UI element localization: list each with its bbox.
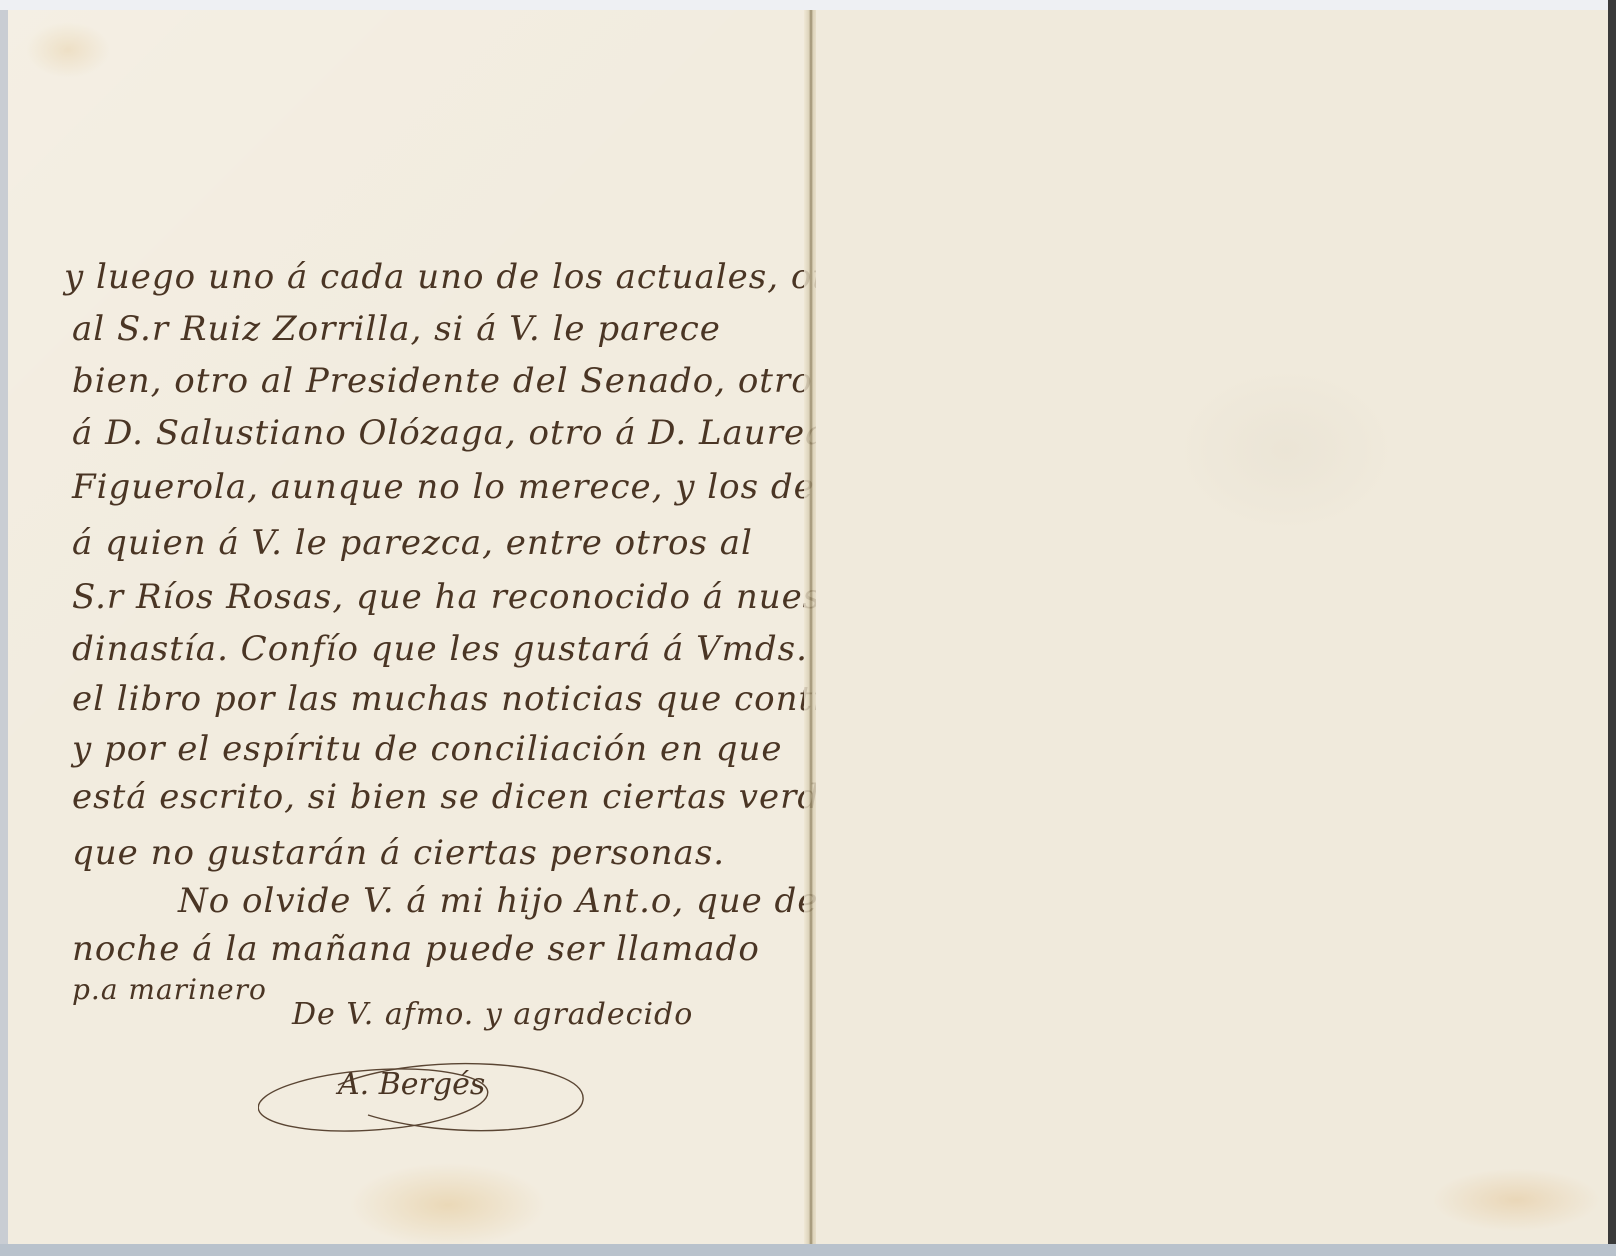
postscript-line: p.a marinero	[72, 976, 267, 1004]
scan-bottom-border	[0, 1244, 1616, 1256]
letter-line: al S.r Ruiz Zorrilla, si á V. le parece	[72, 312, 721, 346]
letter-line: á quien á V. le parezca, entre otros al	[72, 526, 753, 560]
letter-line: está escrito, si bien se dicen ciertas v…	[72, 780, 904, 814]
postscript-line: noche á la mañana puede ser llamado	[72, 932, 760, 966]
signature-name: A. Bergés	[338, 1067, 485, 1102]
letter-line: bien, otro al Presidente del Senado, otr…	[72, 364, 813, 398]
letter-line: dinastía. Confío que les gustará á Vmds.	[72, 632, 808, 666]
letter-line: el libro por las muchas noticias que con…	[72, 682, 890, 716]
letter-line: á D. Salustiano Olózaga, otro á D. Laure…	[72, 416, 871, 450]
letter-line: y luego uno á cada uno de los actuales, …	[64, 260, 866, 294]
signature: A. Bergés	[258, 1055, 598, 1150]
letter-line: S.r Ríos Rosas, que ha reconocido á nues…	[72, 580, 874, 614]
letter-line: Figuerola, aunque no lo merece, y los de…	[72, 470, 888, 504]
postscript-line: No olvide V. á mi hijo Ant.o, que de la	[178, 884, 863, 918]
closing-line: De V. afmo. y agradecido	[292, 1000, 693, 1030]
letter-line: que no gustarán á ciertas personas.	[72, 836, 725, 870]
left-page: y luego uno á cada uno de los actuales, …	[8, 10, 808, 1244]
scan-backdrop-edge	[1608, 0, 1616, 1256]
right-page-blank	[816, 10, 1608, 1244]
letter-line: y por el espíritu de conciliación en que	[72, 732, 783, 766]
scan-top-border	[0, 0, 1616, 10]
letter-sheet: y luego uno á cada uno de los actuales, …	[8, 10, 1608, 1244]
